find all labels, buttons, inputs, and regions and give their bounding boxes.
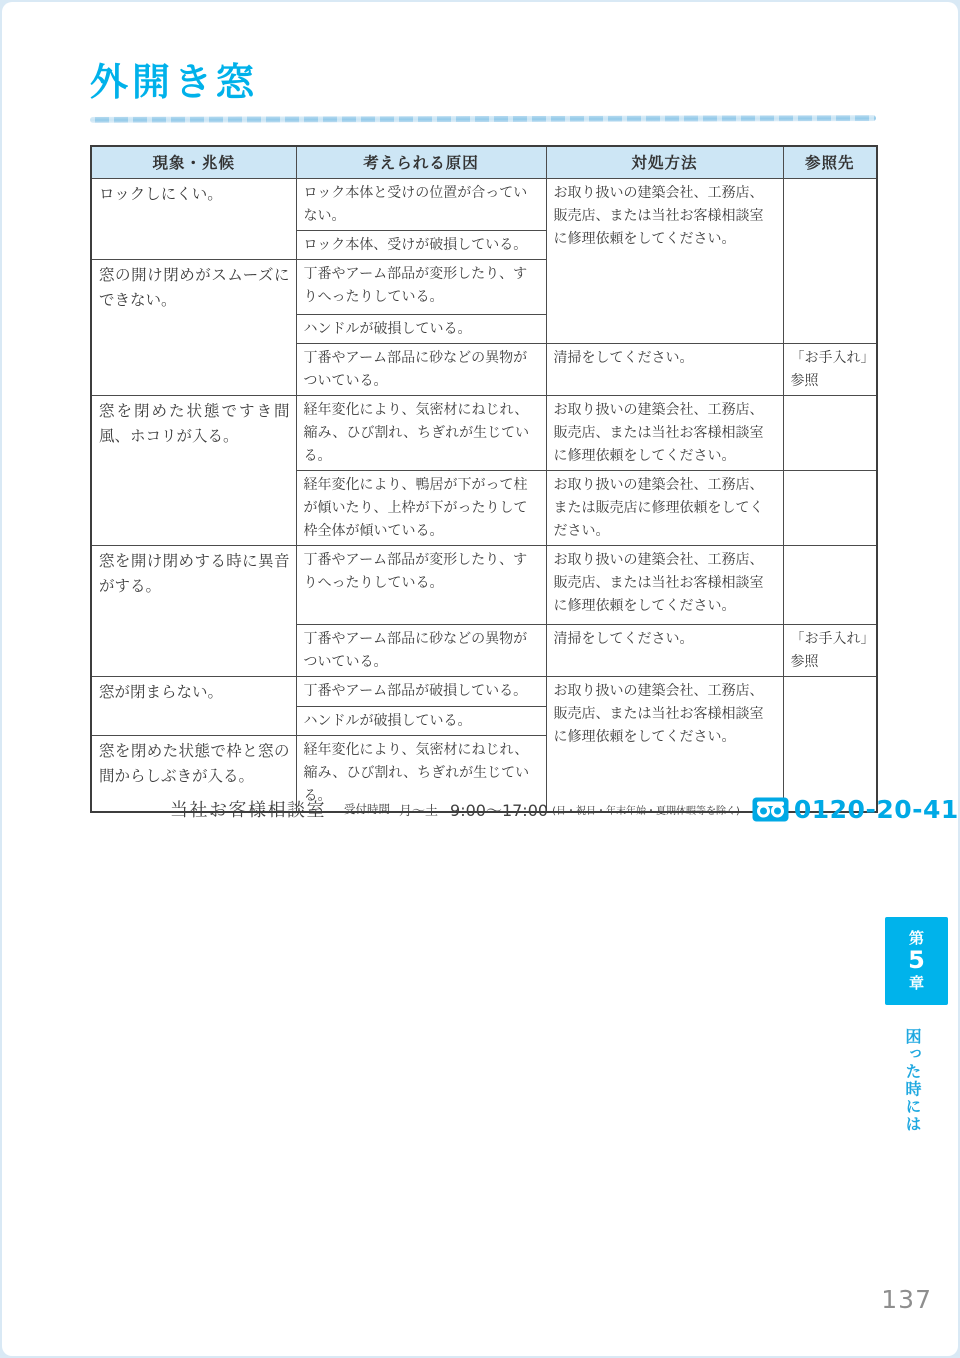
cell-remedy-repair-full: お取り扱いの建築会社、工務店、販売店、または当社お客様相談室に修理依頼をしてくだ… — [546, 395, 783, 470]
chapter-prefix: 第 — [909, 930, 924, 947]
cell-cause-hinge-deformed: 丁番やアーム部品が変形したり、すりへったりしている。 — [296, 259, 546, 314]
cell-remedy-clean: 清掃をしてください。 — [546, 624, 783, 676]
table-header-row: 現象・兆候 考えられる原因 対処方法 参照先 — [91, 146, 877, 178]
chapter-name: 困った時には — [901, 1028, 924, 1133]
page-number: 137 — [881, 1285, 932, 1314]
cell-reference-care: 「お手入れ」参照 — [783, 343, 877, 395]
cell-cause-seal-aged: 経年変化により、気密材にねじれ、縮み、ひび割れ、ちぎれが生じている。 — [296, 395, 546, 470]
chapter-tab: 第 5 章 — [885, 917, 948, 1005]
cell-cause-lock-position: ロック本体と受けの位置が合っていない。 — [296, 178, 546, 230]
table-row: 窓を開け閉めする時に異音がする。 丁番やアーム部品が変形したり、すりへったりして… — [91, 545, 877, 624]
cell-cause-hinge-sand: 丁番やアーム部品に砂などの異物がついている。 — [296, 624, 546, 676]
cell-phenomenon-smooth: 窓の開け閉めがスムーズにできない。 — [91, 259, 296, 395]
cell-cause-hinge-deformed: 丁番やアーム部品が変形したり、すりへったりしている。 — [296, 545, 546, 624]
cell-remedy-repair-full: お取り扱いの建築会社、工務店、販売店、または当社お客様相談室に修理依頼をしてくだ… — [546, 676, 783, 812]
cell-phenomenon-draft: 窓を閉めた状態ですき間風、ホコリが入る。 — [91, 395, 296, 545]
header-remedy: 対処方法 — [546, 146, 783, 178]
chapter-suffix: 章 — [909, 975, 924, 992]
header-phenomenon: 現象・兆候 — [91, 146, 296, 178]
table-row: 窓が閉まらない。 丁番やアーム部品が破損している。 お取り扱いの建築会社、工務店… — [91, 676, 877, 706]
chapter-number: 5 — [908, 947, 925, 975]
cell-remedy-clean: 清掃をしてください。 — [546, 343, 783, 395]
manual-page: 外開き窓 現象・兆候 考えられる原因 対処方法 参照先 ロックしにくい。 ロック… — [2, 2, 958, 1356]
hours-note: (日・祝日・年末年始・夏期休暇等を除く) — [552, 802, 740, 817]
freedial-icon — [752, 797, 789, 822]
cell-cause-hinge-sand: 丁番やアーム部品に砂などの異物がついている。 — [296, 343, 546, 395]
cell-cause-handle-broken: ハンドルが破損している。 — [296, 314, 546, 343]
hours-label: 受付時間 — [344, 801, 390, 817]
cell-phenomenon-lock: ロックしにくい。 — [91, 178, 296, 259]
hours-days: 月～土 — [399, 800, 438, 819]
cell-reference-empty — [783, 545, 877, 624]
cell-remedy-repair-full: お取り扱いの建築会社、工務店、販売店、または当社お客様相談室に修理依頼をしてくだ… — [546, 545, 783, 624]
cell-phenomenon-not-close: 窓が閉まらない。 — [91, 676, 296, 735]
cell-remedy-repair-dealer: お取り扱いの建築会社、工務店、または販売店に修理依頼をしてください。 — [546, 470, 783, 545]
cell-cause-lock-broken: ロック本体、受けが破損している。 — [296, 230, 546, 259]
header-reference: 参照先 — [783, 146, 877, 178]
troubleshooting-table: 現象・兆候 考えられる原因 対処方法 参照先 ロックしにくい。 ロック本体と受け… — [90, 145, 878, 813]
table-row: ロックしにくい。 ロック本体と受けの位置が合っていない。 お取り扱いの建築会社、… — [91, 178, 877, 230]
contact-label: 当社お客様相談室 — [170, 796, 326, 822]
cell-phenomenon-noise: 窓を開け閉めする時に異音がする。 — [91, 545, 296, 676]
cell-remedy-repair-full: お取り扱いの建築会社、工務店、販売店、または当社お客様相談室に修理依頼をしてくだ… — [546, 178, 783, 343]
hours-time: 9:00～17:00 — [450, 798, 548, 821]
cell-reference-empty — [783, 470, 877, 545]
cell-cause-hinge-broken: 丁番やアーム部品が破損している。 — [296, 676, 546, 706]
cell-reference-empty — [783, 395, 877, 470]
contact-footer: 当社お客様相談室 受付時間 月～土 9:00～17:00 (日・祝日・年末年始・… — [170, 793, 958, 825]
title-underline-decoration — [90, 115, 876, 123]
cell-reference-empty — [783, 178, 877, 343]
table-row: 窓を閉めた状態ですき間風、ホコリが入る。 経年変化により、気密材にねじれ、縮み、… — [91, 395, 877, 470]
page-title: 外開き窓 — [90, 62, 258, 104]
cell-reference-empty — [783, 676, 877, 812]
cell-cause-frame-tilted: 経年変化により、鴨居が下がって柱が傾いたり、上枠が下がったりして枠全体が傾いてい… — [296, 470, 546, 545]
cell-reference-care: 「お手入れ」参照 — [783, 624, 877, 676]
cell-cause-handle-broken: ハンドルが破損している。 — [296, 706, 546, 735]
freedial-phone-number: 0120-20-4134 — [794, 795, 958, 824]
header-cause: 考えられる原因 — [296, 146, 546, 178]
